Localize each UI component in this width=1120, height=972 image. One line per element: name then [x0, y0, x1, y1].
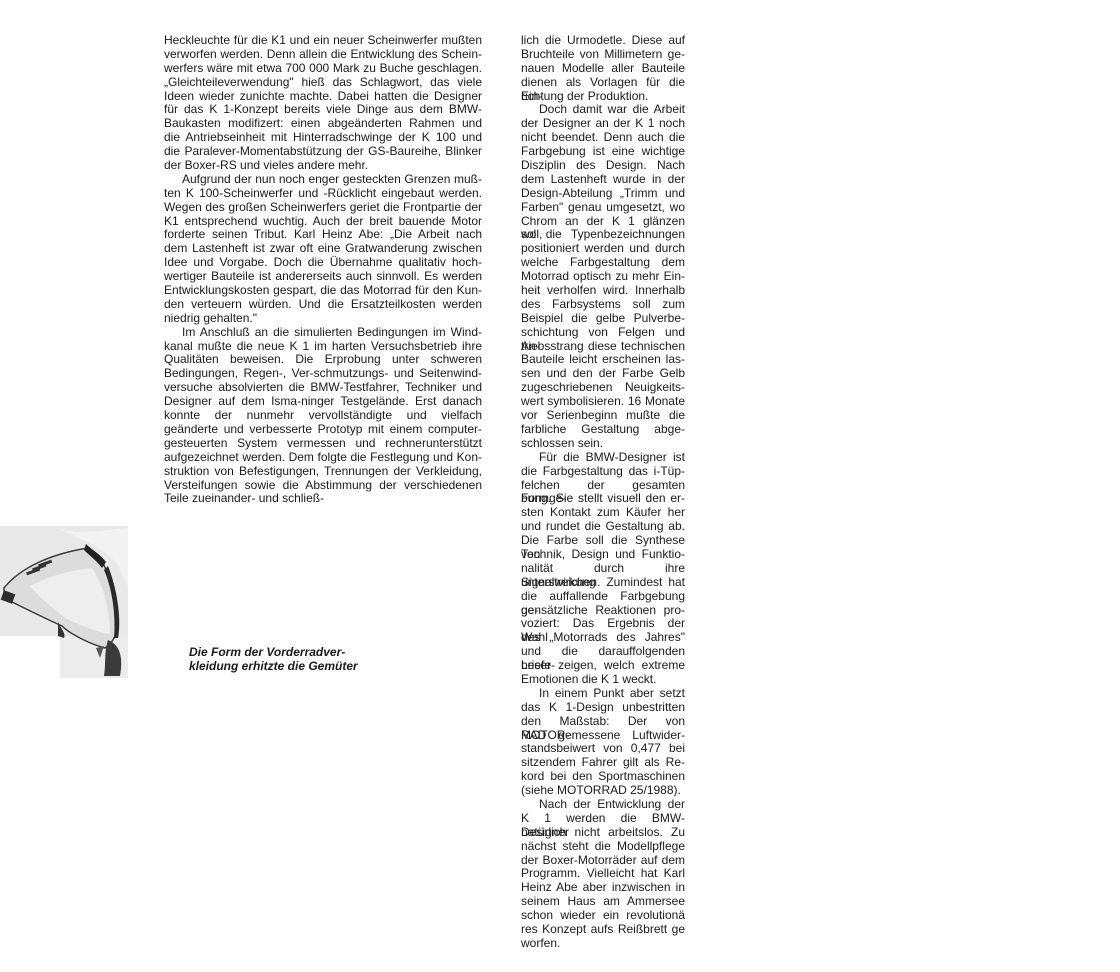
text-line: vor Serienbeginn mußte die	[521, 409, 685, 423]
text-line: schichtung von Felgen und An-	[521, 326, 685, 340]
text-line: die Farbgestaltung das i-Tüp-	[521, 465, 685, 479]
text-line: heit verholfen wird. Innerhalb	[521, 284, 685, 298]
text-line: und die darauffolgenden Leser-	[521, 645, 685, 659]
text-line: Motorrad optisch zu mehr Ein-	[521, 270, 685, 284]
text-line: Design-Abteilung „Trimm und	[521, 187, 685, 201]
text-line: dem Lastenheft wurde in der	[521, 173, 685, 187]
text-line: Farben" genau umgesetzt, wo	[521, 201, 685, 215]
article-left-column: Heckleuchte für die K1 und ein neuer Sch…	[164, 34, 482, 506]
text-line: Chrom an der K 1 glänzen soll,	[521, 215, 685, 229]
text-line: Versteifungen sowie die Abstimmung der v…	[164, 479, 482, 493]
text-line: aufgezeichnet werden. Dem folgte die Fes…	[164, 451, 482, 465]
text-line: Ideen wieder zunichte machte. Dabei hatt…	[164, 90, 482, 104]
text-line: Farbgebung ist eine wichtige	[521, 145, 685, 159]
text-line: schon wieder ein revolutionä	[521, 909, 685, 923]
text-line: die Paralever-Momentabstützung der GS-Ba…	[164, 145, 482, 159]
text-line: Doch damit war die Arbeit	[521, 103, 685, 117]
text-line: K1 entsprechend wuchtig. Auch der breit …	[164, 215, 482, 229]
text-line: Die Farbe soll die Synthese von	[521, 534, 685, 548]
article-right-column: lich die Urmodetle. Diese aufBruchteile …	[521, 34, 685, 951]
text-line: lich die Urmodetle. Diese auf	[521, 34, 685, 48]
text-line: versuche absolvierten die BMW-Testfahrer…	[164, 381, 482, 395]
text-line: Bedingungen, Regen-, Ver-schmutzungs- un…	[164, 367, 482, 381]
text-line: nächst steht die Modellpflege	[521, 840, 685, 854]
text-line: struktion von Befestigungen, Trennungen …	[164, 465, 482, 479]
text-line: des „Motorrads des Jahres"	[521, 631, 685, 645]
text-line: Für die BMW-Designer ist	[521, 451, 685, 465]
text-line: kanal mußte die neue K 1 im harten Versu…	[164, 340, 482, 354]
text-line: RAD gemessene Luftwider-	[521, 729, 685, 743]
text-line: die Antriebseinheit mit Hinterradschwing…	[164, 131, 482, 145]
text-line: In einem Punkt aber setzt	[521, 687, 685, 701]
caption-line: Die Form der Vorderradver-	[189, 645, 358, 659]
figure-caption: Die Form der Vorderradver- kleidung erhi…	[189, 645, 358, 673]
text-line: Bruchteile von Millimetern ge-	[521, 48, 685, 62]
text-line: Emotionen die K 1 weckt.	[521, 673, 685, 687]
text-line: sten Kontakt zum Käufer her	[521, 506, 685, 520]
text-line: kord bei den Sportmaschinen	[521, 770, 685, 784]
text-line: Programm. Vielleicht hat Karl	[521, 867, 685, 881]
text-line: der Boxer-RS und vieles andere mehr.	[164, 159, 482, 173]
text-line: unterstreichen. Zumindest hat	[521, 576, 685, 590]
text-line: Beispiel die gelbe Pulverbe-	[521, 312, 685, 326]
text-line: und rundet die Gestaltung ab.	[521, 520, 685, 534]
text-line: gesteuerten System vermessen und rechner…	[164, 437, 482, 451]
text-line: geänderte und verbesserte Prototyp mit e…	[164, 423, 482, 437]
text-line: K 1 werden die BMW-Designer	[521, 812, 685, 826]
text-line: (siehe MOTORRAD 25/1988).	[521, 784, 685, 798]
text-line: Disziplin des Design. Nach	[521, 159, 685, 173]
text-line: schlossen sein.	[521, 437, 685, 451]
fender-photo	[0, 526, 128, 678]
text-line: Designer auf dem Isma-ninger Testgelände…	[164, 395, 482, 409]
text-line: welche Farbgestaltung dem	[521, 256, 685, 270]
text-line: zugeschriebenen Neuigkeits-	[521, 381, 685, 395]
text-line: richtung der Produktion.	[521, 90, 685, 104]
text-line: gensätzliche Reaktionen pro-	[521, 604, 685, 618]
text-line: sitzendem Fahrer gilt als Re-	[521, 756, 685, 770]
text-line: verworfen werden. Denn allein die Entwic…	[164, 48, 482, 62]
text-line: Qualitäten beweisen. Die Erprobung unter…	[164, 353, 482, 367]
text-line: res Konzept aufs Reißbrett ge	[521, 923, 685, 937]
text-line: nauen Modelle aller Bauteile	[521, 62, 685, 76]
text-line: konnte der nunmehr vervollständigte und …	[164, 409, 482, 423]
text-line: positioniert werden und durch	[521, 242, 685, 256]
text-line: das K 1-Design unbestritten	[521, 701, 685, 715]
text-line: Wegen des großen Scheinwerfers geriet di…	[164, 201, 482, 215]
text-line: sen und den der Farbe Gelb	[521, 367, 685, 381]
text-line: wo die Typenbezeichnungen	[521, 228, 685, 242]
text-line: die auffallende Farbgebung ge-	[521, 590, 685, 604]
text-line: für das K 1-Konzept bereits viele Dinge …	[164, 103, 482, 117]
text-line: Entwicklungskosten gespart, die das Moto…	[164, 284, 482, 298]
text-line: den Maßstab: Der von MOTOR-	[521, 715, 685, 729]
text-line: dienen als Vorlagen für die Ein-	[521, 76, 685, 90]
text-line: forderte seinen Tribut. Karl Heinz Abe: …	[164, 228, 482, 242]
text-line: standsbeiwert von 0,477 bei	[521, 742, 685, 756]
text-line: Teile zueinander- und schließ-	[164, 492, 482, 506]
text-line: seinem Haus am Ammersee	[521, 895, 685, 909]
text-line: Idee und Vorgabe. Doch die Übernahme qua…	[164, 256, 482, 270]
text-line: der Boxer-Motorräder auf dem	[521, 854, 685, 868]
text-line: Technik, Design und Funktio-	[521, 548, 685, 562]
text-line: werfers wäre mit etwa 700 000 Mark zu Bu…	[164, 62, 482, 76]
text-line: Heckleuchte für die K1 und ein neuer Sch…	[164, 34, 482, 48]
text-line: des Farbsystems soll zum	[521, 298, 685, 312]
text-line: Im Anschluß an die simulierten Bedingung…	[164, 326, 482, 340]
text-line: dem Lastenheft ist zwar oft eine Gratwan…	[164, 242, 482, 256]
text-line: nicht beendet. Denn auch die	[521, 131, 685, 145]
caption-line: kleidung erhitzte die Gemüter	[189, 659, 358, 673]
text-line: farbliche Gestaltung abge-	[521, 423, 685, 437]
text-line: der Designer an der K 1 noch	[521, 117, 685, 131]
text-line: Bauteile leicht erscheinen las-	[521, 353, 685, 367]
motorcycle-fender-image-icon	[0, 526, 128, 678]
text-line: ten K 100-Scheinwerfer und -Rücklicht ei…	[164, 187, 482, 201]
text-line: nalität durch ihre Signalwirkung	[521, 562, 685, 576]
text-line: natürlich nicht arbeitslos. Zu	[521, 826, 685, 840]
text-line: voziert: Das Ergebnis der Wahl	[521, 617, 685, 631]
text-line: Heinz Abe aber inzwischen in	[521, 881, 685, 895]
text-line: triebsstrang diese technischen	[521, 340, 685, 354]
text-line: „Gleichteileverwendung" hieß das Schlagw…	[164, 76, 482, 90]
text-line: niedrig gehalten."	[164, 312, 482, 326]
text-line: felchen der gesamten Formge-	[521, 479, 685, 493]
text-line: briefe zeigen, welch extreme	[521, 659, 685, 673]
text-line: wert symbolisieren. 16 Monate	[521, 395, 685, 409]
text-line: Baukasten modifizert: einen abgeänderten…	[164, 117, 482, 131]
text-line: worfen.	[521, 937, 685, 951]
text-line: Aufgrund der nun noch enger gesteckten G…	[164, 173, 482, 187]
text-line: den verteuern würden. Und die Ersatzteil…	[164, 298, 482, 312]
text-line: Nach der Entwicklung der	[521, 798, 685, 812]
text-line: bung. Sie stellt visuell den er-	[521, 492, 685, 506]
text-line: wertiger Bauteile ist andererseits auch …	[164, 270, 482, 284]
